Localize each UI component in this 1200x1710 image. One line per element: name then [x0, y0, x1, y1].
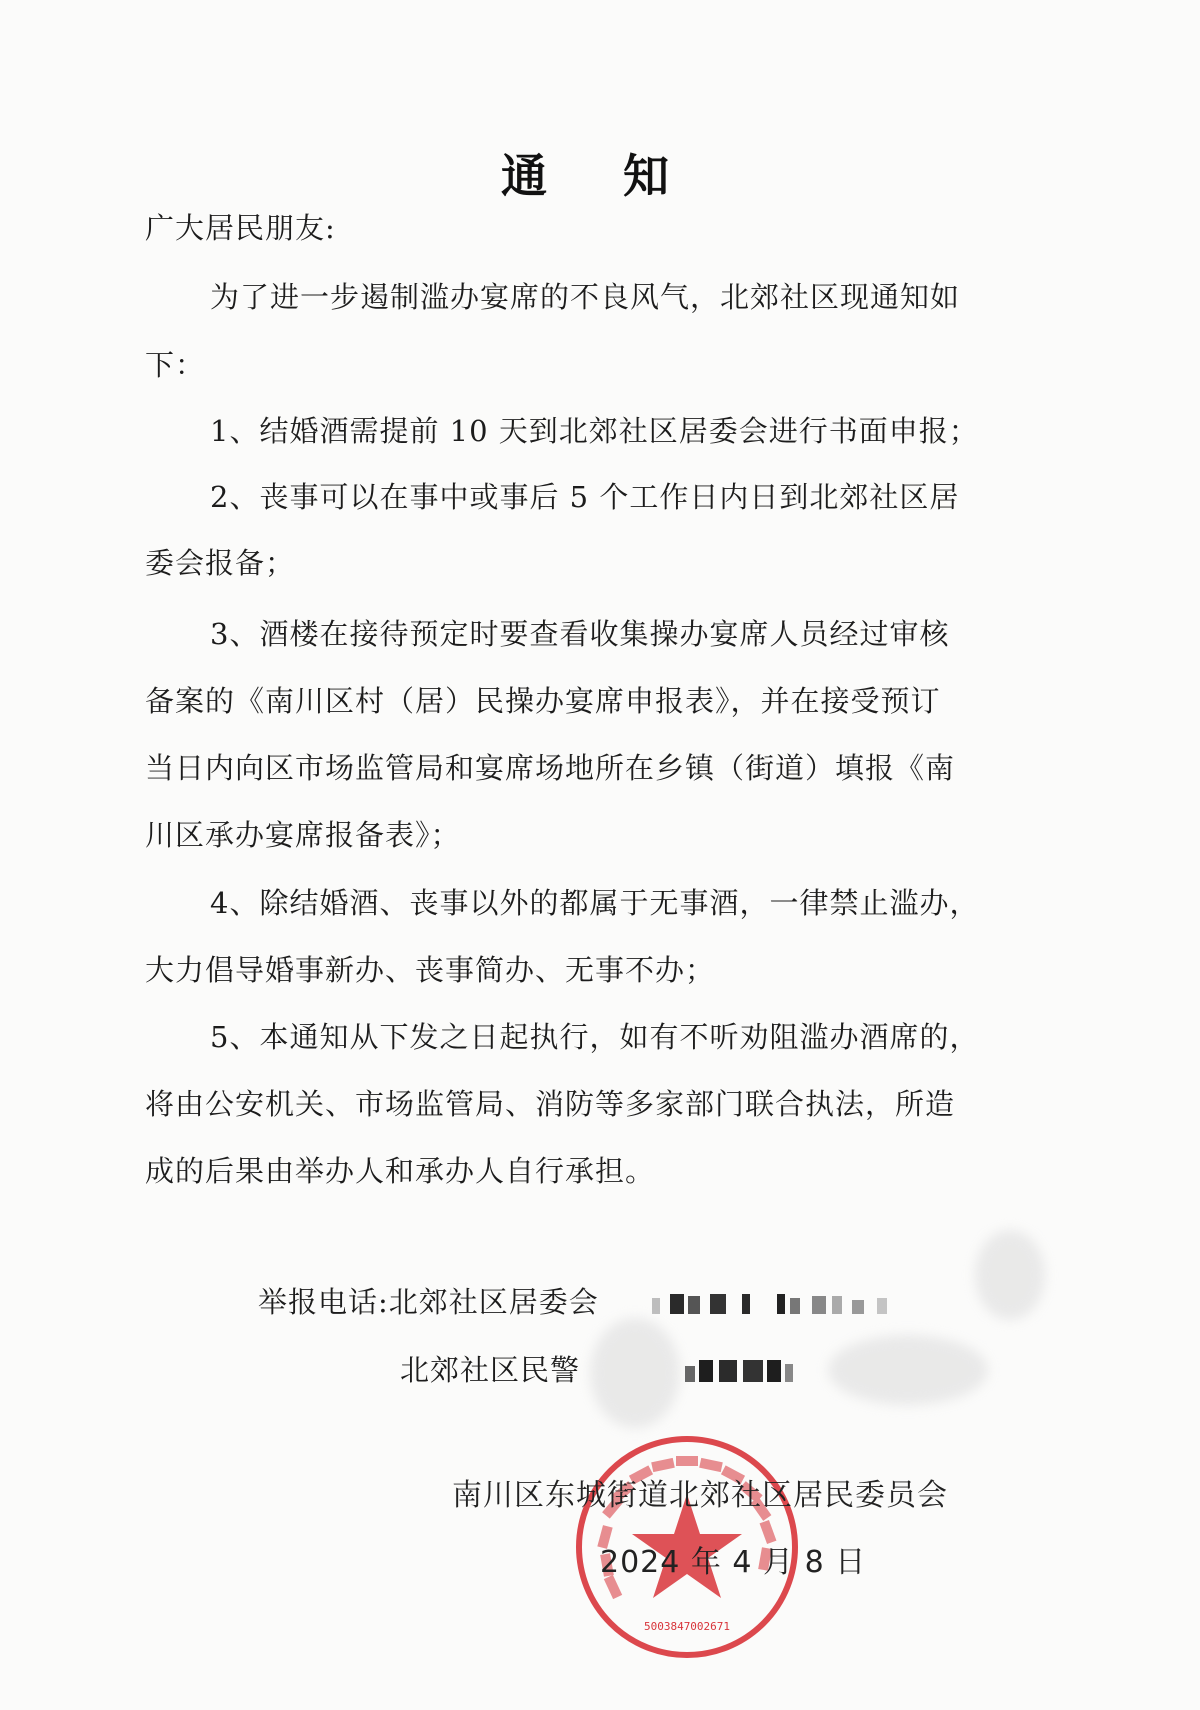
seal-code: 5003847002671: [644, 1620, 730, 1633]
salutation: 广大居民朋友:: [145, 208, 336, 248]
issuing-organization: 南川区东城街道北郊社区居民委员会: [452, 1470, 948, 1514]
redaction-blur: [590, 1318, 680, 1428]
redaction-blur: [975, 1230, 1045, 1320]
notice-document: 通 知 广大居民朋友: 为了进一步遏制滥办宴席的不良风气，北郊社区现通知如 下：…: [0, 0, 1200, 1710]
body-line: 将由公安机关、市场监管局、消防等多家部门联合执法，所造: [145, 1084, 955, 1124]
body-line: 当日内向区市场监管局和宴席场地所在乡镇（街道）填报《南: [145, 748, 955, 788]
committee-phone-redacted: [652, 1292, 952, 1318]
police-phone-label: 北郊社区民警: [400, 1348, 580, 1389]
committee-phone-label: 举报电话:北郊社区居委会: [258, 1280, 599, 1321]
body-line: 委会报备；: [145, 543, 295, 583]
item-2: 2、丧事可以在事中或事后 5 个工作日内日到北郊社区居: [210, 477, 959, 517]
document-title: 通 知: [0, 140, 1200, 206]
item-1: 1、结婚酒需提前 10 天到北郊社区居委会进行书面申报；: [210, 411, 979, 451]
body-line: 成的后果由举办人和承办人自行承担。: [145, 1151, 655, 1191]
police-phone-redacted: [685, 1358, 865, 1384]
issue-date: 2024 年 4 月 8 日: [600, 1537, 866, 1581]
body-line: 备案的《南川区村（居）民操办宴席申报表》，并在接受预订: [145, 681, 941, 721]
item-5: 5、本通知从下发之日起执行，如有不听劝阻滥办酒席的，: [210, 1017, 979, 1057]
body-line: 下：: [145, 345, 205, 385]
body-line: 大力倡导婚事新办、丧事简办、无事不办；: [145, 950, 715, 990]
body-line: 川区承办宴席报备表》；: [145, 815, 461, 855]
item-3: 3、酒楼在接待预定时要查看收集操办宴席人员经过审核: [210, 614, 949, 654]
item-4: 4、除结婚酒、丧事以外的都属于无事酒，一律禁止滥办，: [210, 883, 979, 923]
body-line: 为了进一步遏制滥办宴席的不良风气，北郊社区现通知如: [210, 277, 960, 317]
